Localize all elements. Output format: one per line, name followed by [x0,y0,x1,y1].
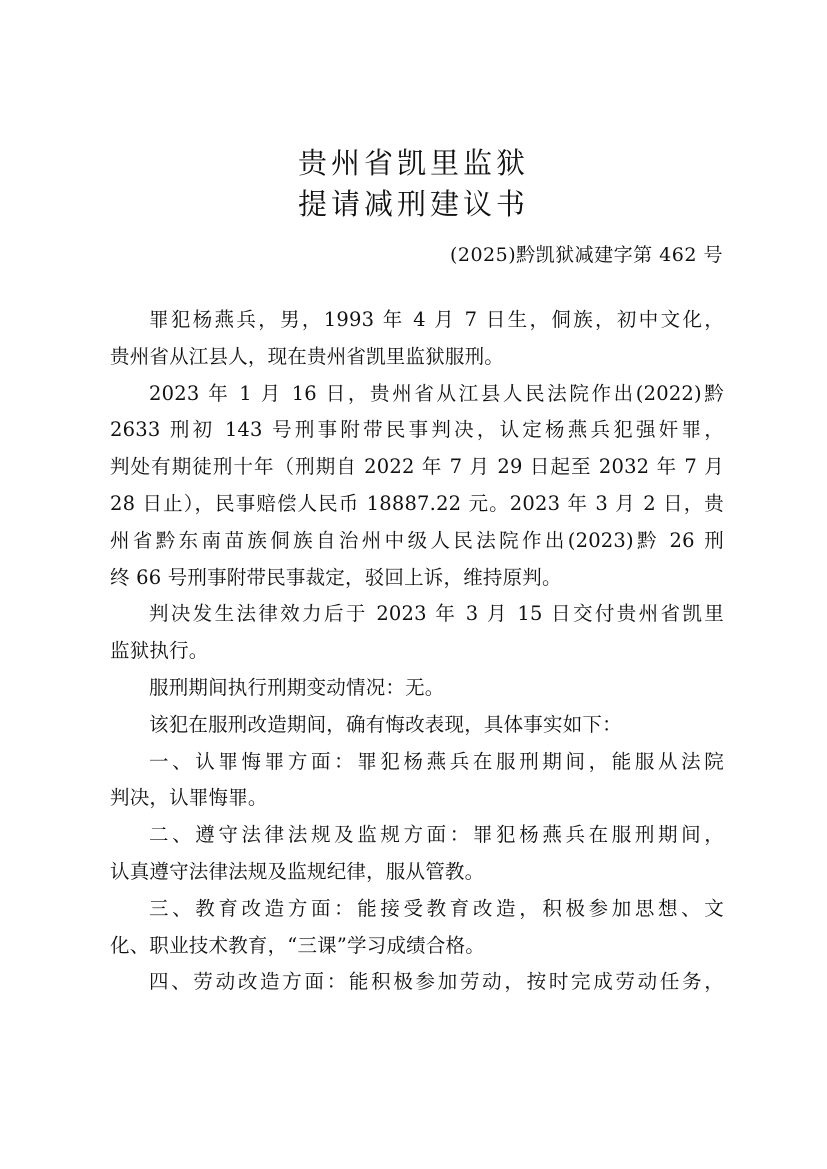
body-text-line: 判决，认罪悔罪。 [110,780,724,817]
body-text-line: 终 66 号刑事附带民事裁定，驳回上诉，维持原判。 [110,560,724,597]
document-title: 贵州省凯里监狱 提请减刑建议书 [0,143,827,225]
body-text-line: 判决发生法律效力后于 2023 年 3 月 15 日交付贵州省凯里 [110,596,724,633]
body-text-line: 2633 刑初 143 号刑事附带民事判决，认定杨燕兵犯强奸罪， [110,412,724,449]
body-text-line: 监狱执行。 [110,633,724,670]
body-text-line: 二、遵守法律法规及监规方面：罪犯杨燕兵在服刑期间， [110,817,724,854]
body-text-line: 认真遵守法律法规及监规纪律，服从管教。 [110,854,724,891]
body-text-line: 四、劳动改造方面：能积极参加劳动，按时完成劳动任务， [110,964,724,1001]
document-body: 罪犯杨燕兵，男，1993 年 4 月 7 日生，侗族，初中文化，贵州省从江县人，… [110,302,724,1001]
body-text-line: 服刑期间执行刑期变动情况：无。 [110,670,724,707]
body-text-line: 28 日止），民事赔偿人民币 18887.22 元。2023 年 3 月 2 日… [110,486,724,523]
body-text-line: 该犯在服刑改造期间，确有悔改表现，具体事实如下： [110,707,724,744]
document-number: (2025)黔凯狱减建字第 462 号 [450,240,723,270]
body-text-line: 罪犯杨燕兵，男，1993 年 4 月 7 日生，侗族，初中文化， [110,302,724,339]
body-text-line: 三、教育改造方面：能接受教育改造，积极参加思想、文 [110,891,724,928]
document-page: 贵州省凯里监狱 提请减刑建议书 (2025)黔凯狱减建字第 462 号 罪犯杨燕… [0,0,827,1169]
title-line-document-type: 提请减刑建议书 [0,184,827,225]
body-text-line: 一、认罪悔罪方面：罪犯杨燕兵在服刑期间，能服从法院 [110,744,724,781]
body-text-line: 判处有期徒刑十年（刑期自 2022 年 7 月 29 日起至 2032 年 7 … [110,449,724,486]
title-line-organization: 贵州省凯里监狱 [0,143,827,184]
body-text-line: 2023 年 1 月 16 日，贵州省从江县人民法院作出(2022)黔 [110,376,724,413]
body-text-line: 州省黔东南苗族侗族自治州中级人民法院作出(2023)黔 26 刑 [110,523,724,560]
body-text-line: 化、职业技术教育，“三课”学习成绩合格。 [110,928,724,965]
body-text-line: 贵州省从江县人，现在贵州省凯里监狱服刑。 [110,339,724,376]
